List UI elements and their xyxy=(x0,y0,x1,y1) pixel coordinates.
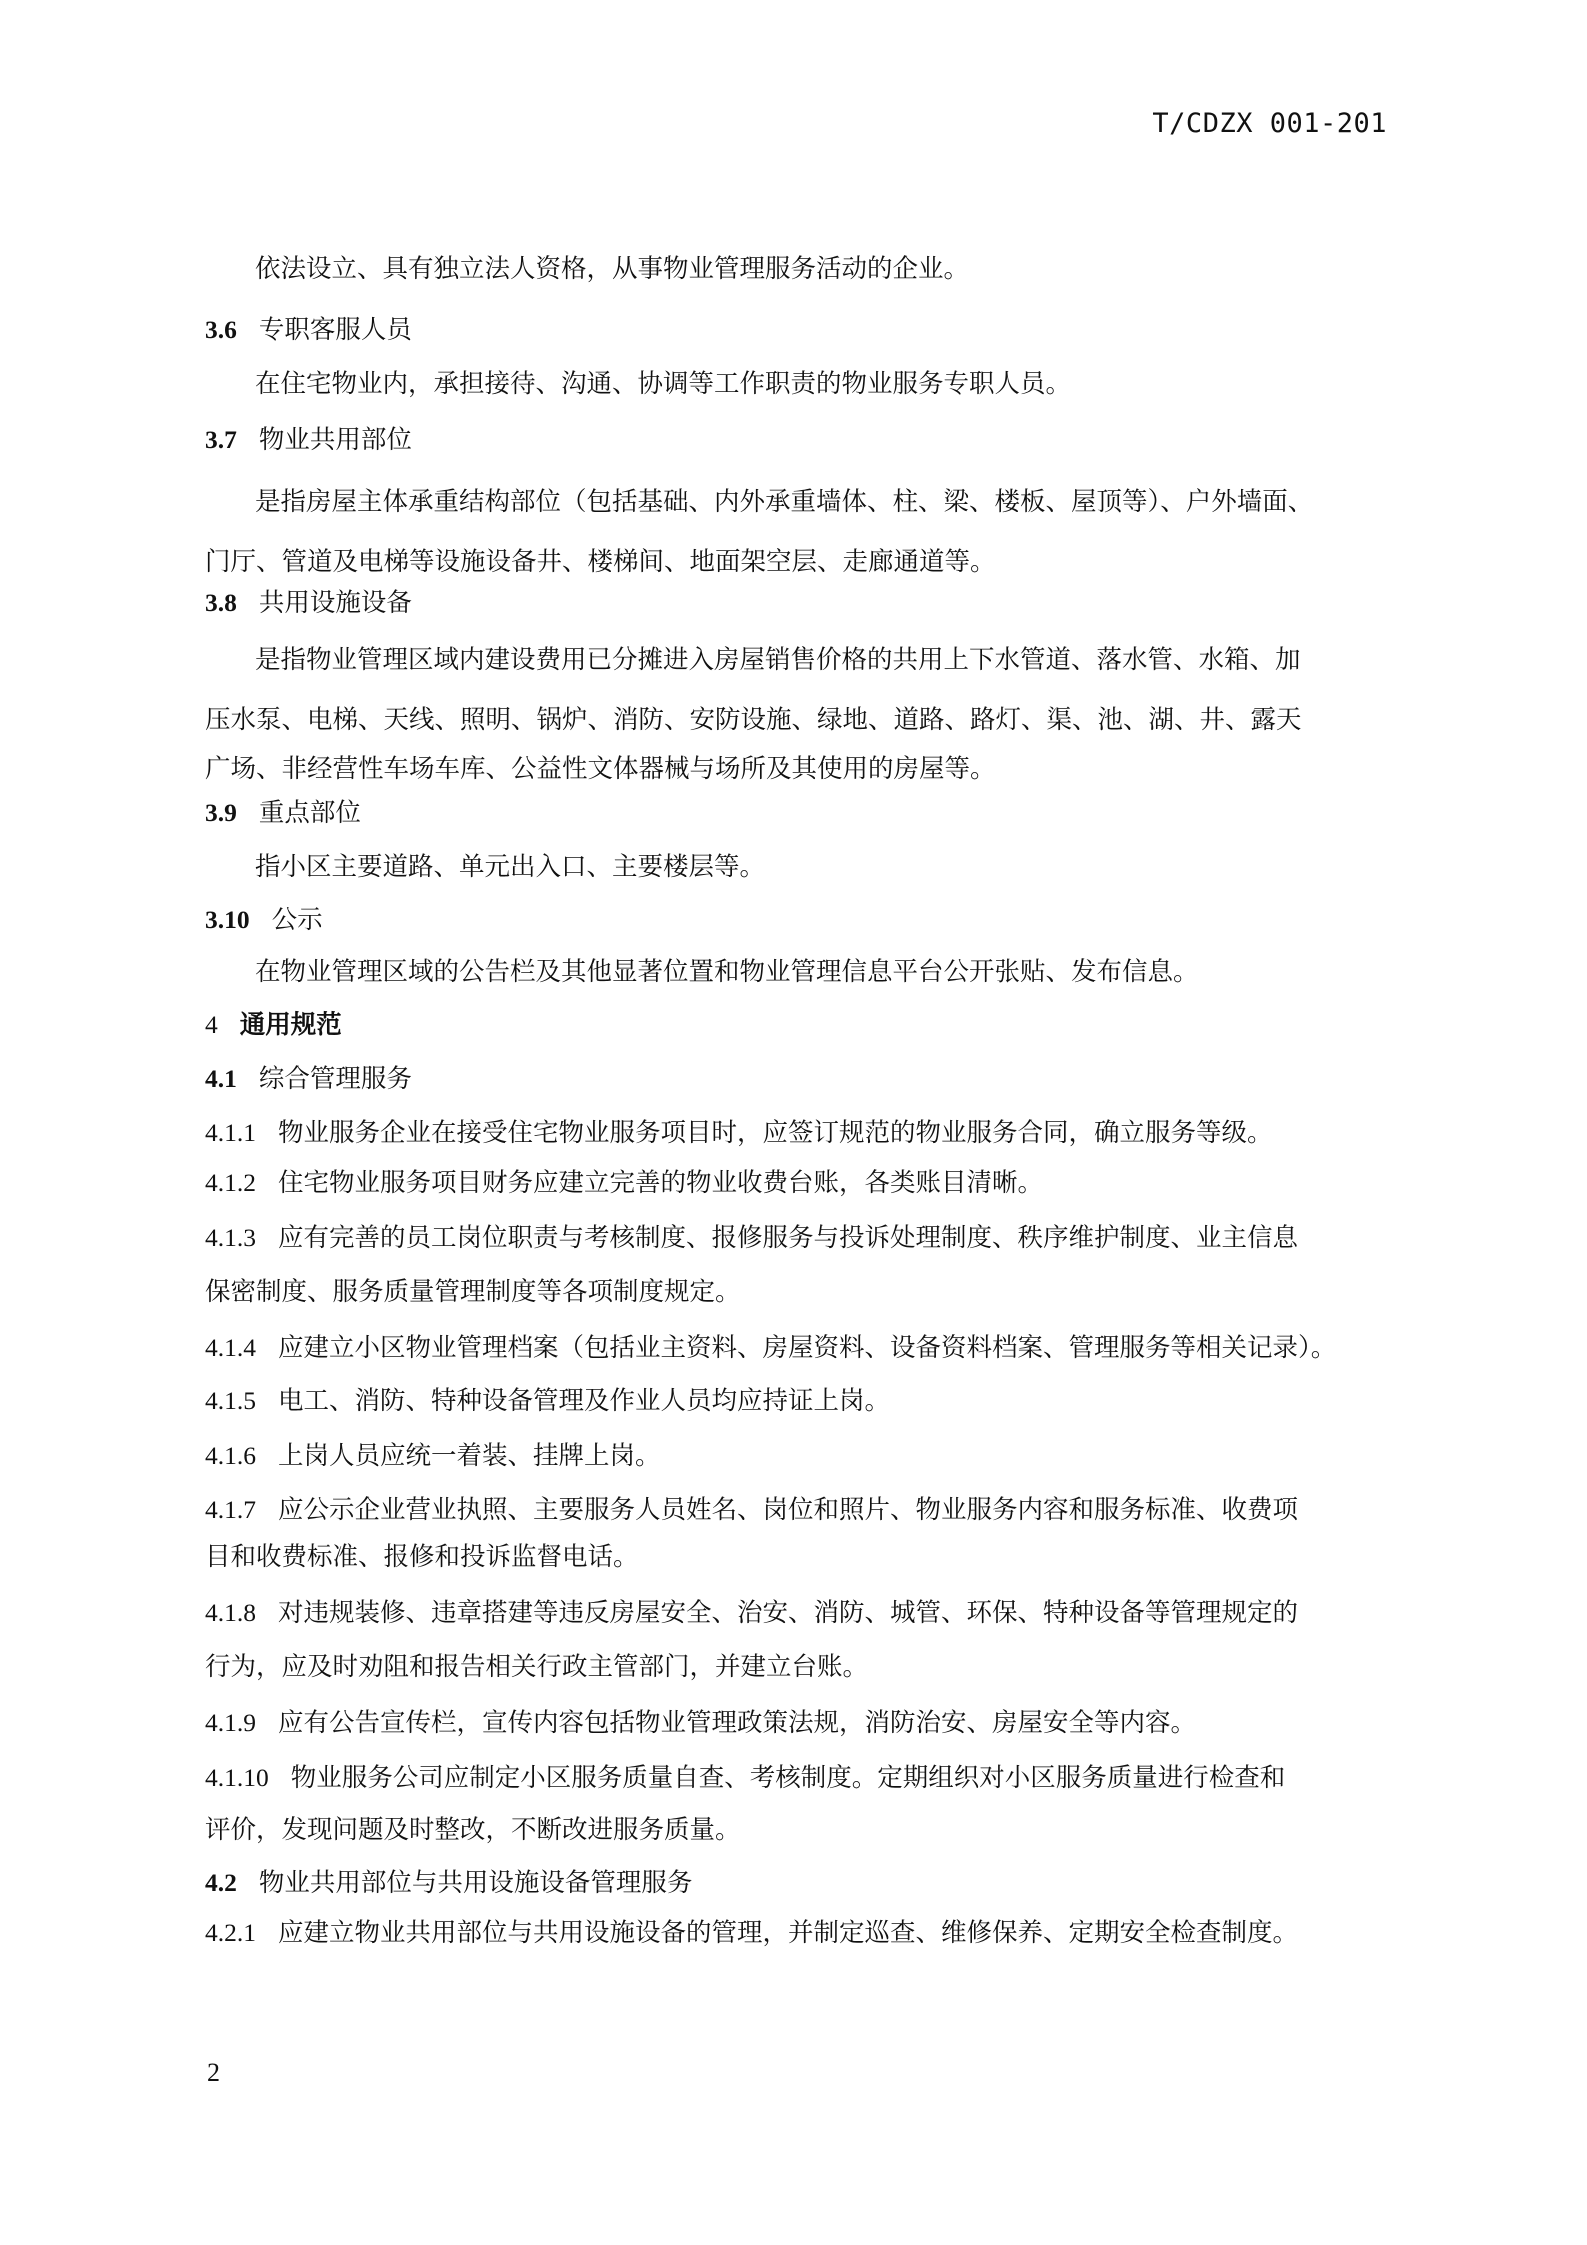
clause-number: 4.1.5 xyxy=(205,1388,256,1414)
clause-text: 住宅物业服务项目财务应建立完善的物业收费台账，各类账目清晰。 xyxy=(278,1168,1043,1198)
clause-text: 物业服务企业在接受住宅物业服务项目时，应签订规范的物业服务合同，确立服务等级。 xyxy=(278,1118,1273,1148)
section-title: 综合管理服务 xyxy=(259,1064,412,1094)
section-title: 共用设施设备 xyxy=(259,588,412,618)
line-text: 评价，发现问题及时整改，不断改进服务质量。 xyxy=(205,1815,741,1845)
section-number: 3.7 xyxy=(205,427,237,453)
clause-text: 应有完善的员工岗位职责与考核制度、报修服务与投诉处理制度、秩序维护制度、业主信息 xyxy=(278,1223,1298,1253)
clause: 4.1.2住宅物业服务项目财务应建立完善的物业收费台账，各类账目清晰。 xyxy=(205,1170,1043,1197)
section-number: 3.9 xyxy=(205,800,237,826)
clause: 4.1.3应有完善的员工岗位职责与考核制度、报修服务与投诉处理制度、秩序维护制度… xyxy=(205,1225,1298,1252)
clause-text: 应公示企业营业执照、主要服务人员姓名、岗位和照片、物业服务内容和服务标准、收费项 xyxy=(278,1495,1298,1525)
clause: 4.1.10物业服务公司应制定小区服务质量自查、考核制度。定期组织对小区服务质量… xyxy=(205,1765,1285,1792)
clause-number: 4.2.1 xyxy=(205,1920,256,1946)
clause: 4.1.1物业服务企业在接受住宅物业服务项目时，应签订规范的物业服务合同，确立服… xyxy=(205,1120,1273,1147)
line-text: 目和收费标准、报修和投诉监督电话。 xyxy=(205,1542,639,1572)
line-text: 行为，应及时劝阻和报告相关行政主管部门，并建立台账。 xyxy=(205,1652,868,1682)
clause-number: 4.1.4 xyxy=(205,1335,256,1361)
clause-number: 4.1.10 xyxy=(205,1765,269,1791)
line-text: 依法设立、具有独立法人资格，从事物业管理服务活动的企业。 xyxy=(255,254,969,284)
clause: 4.1.5电工、消防、特种设备管理及作业人员均应持证上岗。 xyxy=(205,1388,890,1415)
line-text: 是指房屋主体承重结构部位（包括基础、内外承重墙体、柱、梁、楼板、屋顶等）、户外墙… xyxy=(255,487,1313,517)
clause-number: 4.1.1 xyxy=(205,1120,256,1146)
page-number: 2 xyxy=(207,2058,220,2088)
line-text: 保密制度、服务质量管理制度等各项制度规定。 xyxy=(205,1277,741,1307)
section-title: 专职客服人员 xyxy=(259,315,412,345)
clause-number: 4.1.8 xyxy=(205,1600,256,1626)
clause: 4.1.4应建立小区物业管理档案（包括业主资料、房屋资料、设备资料档案、管理服务… xyxy=(205,1335,1336,1362)
definition-paragraph: 指小区主要道路、单元出入口、主要楼层等。 xyxy=(255,855,765,881)
paragraph-continuation: 广场、非经营性车场车库、公益性文体器械与场所及其使用的房屋等。 xyxy=(205,757,996,783)
chapter-heading: 4通用规范 xyxy=(205,1012,342,1039)
clause: 4.1.7应公示企业营业执照、主要服务人员姓名、岗位和照片、物业服务内容和服务标… xyxy=(205,1497,1298,1524)
section-heading: 3.10公示 xyxy=(205,907,323,934)
line-text: 指小区主要道路、单元出入口、主要楼层等。 xyxy=(255,852,765,882)
line-text: 压水泵、电梯、天线、照明、锅炉、消防、安防设施、绿地、道路、路灯、渠、池、湖、井… xyxy=(205,705,1302,735)
clause-number: 4.1.7 xyxy=(205,1497,256,1523)
paragraph-continuation: 压水泵、电梯、天线、照明、锅炉、消防、安防设施、绿地、道路、路灯、渠、池、湖、井… xyxy=(205,708,1302,734)
clause-text: 上岗人员应统一着装、挂牌上岗。 xyxy=(278,1441,661,1471)
definition-paragraph: 是指物业管理区域内建设费用已分摊进入房屋销售价格的共用上下水管道、落水管、水箱、… xyxy=(255,648,1301,674)
clause: 4.1.8对违规装修、违章搭建等违反房屋安全、治安、消防、城管、环保、特种设备等… xyxy=(205,1600,1298,1627)
section-number: 3.10 xyxy=(205,907,250,933)
section-title: 物业共用部位与共用设施设备管理服务 xyxy=(259,1868,693,1898)
clause-number: 4.1.9 xyxy=(205,1710,256,1736)
section-number: 4.1 xyxy=(205,1066,237,1092)
section-heading: 4.2物业共用部位与共用设施设备管理服务 xyxy=(205,1870,692,1897)
line-text: 在物业管理区域的公告栏及其他显著位置和物业管理信息平台公开张贴、发布信息。 xyxy=(255,957,1199,987)
section-heading: 4.1综合管理服务 xyxy=(205,1066,412,1093)
clause: 4.1.6上岗人员应统一着装、挂牌上岗。 xyxy=(205,1443,661,1470)
section-title: 重点部位 xyxy=(259,798,361,828)
clause-text: 应有公告宣传栏，宣传内容包括物业管理政策法规，消防治安、房屋安全等内容。 xyxy=(278,1708,1196,1738)
clause-number: 4.1.6 xyxy=(205,1443,256,1469)
definition-paragraph: 在物业管理区域的公告栏及其他显著位置和物业管理信息平台公开张贴、发布信息。 xyxy=(255,960,1199,986)
clause-continuation: 保密制度、服务质量管理制度等各项制度规定。 xyxy=(205,1280,741,1306)
line-text: 是指物业管理区域内建设费用已分摊进入房屋销售价格的共用上下水管道、落水管、水箱、… xyxy=(255,645,1301,675)
document-code-header: T/CDZX 001-201 xyxy=(1152,108,1387,139)
clause-continuation: 评价，发现问题及时整改，不断改进服务质量。 xyxy=(205,1818,741,1844)
section-number: 4.2 xyxy=(205,1870,237,1896)
section-title: 物业共用部位 xyxy=(259,425,412,455)
line-text: 广场、非经营性车场车库、公益性文体器械与场所及其使用的房屋等。 xyxy=(205,754,996,784)
section-heading: 3.8共用设施设备 xyxy=(205,590,412,617)
chapter-number: 4 xyxy=(205,1012,218,1038)
section-number: 3.8 xyxy=(205,590,237,616)
line-text: 门厅、管道及电梯等设施设备井、楼梯间、地面架空层、走廊通道等。 xyxy=(205,547,996,577)
section-heading: 3.6专职客服人员 xyxy=(205,317,412,344)
clause-number: 4.1.3 xyxy=(205,1225,256,1251)
clause-continuation: 行为，应及时劝阻和报告相关行政主管部门，并建立台账。 xyxy=(205,1655,868,1681)
line-text: 在住宅物业内，承担接待、沟通、协调等工作职责的物业服务专职人员。 xyxy=(255,369,1071,399)
section-number: 3.6 xyxy=(205,317,237,343)
clause: 4.2.1应建立物业共用部位与共用设施设备的管理，并制定巡查、维修保养、定期安全… xyxy=(205,1920,1298,1947)
clause-number: 4.1.2 xyxy=(205,1170,256,1196)
section-heading: 3.7物业共用部位 xyxy=(205,427,412,454)
section-title: 公示 xyxy=(272,905,323,935)
clause-text: 应建立物业共用部位与共用设施设备的管理，并制定巡查、维修保养、定期安全检查制度。 xyxy=(278,1918,1298,1948)
clause-continuation: 目和收费标准、报修和投诉监督电话。 xyxy=(205,1545,639,1571)
definition-paragraph: 是指房屋主体承重结构部位（包括基础、内外承重墙体、柱、梁、楼板、屋顶等）、户外墙… xyxy=(255,490,1313,516)
clause-text: 物业服务公司应制定小区服务质量自查、考核制度。定期组织对小区服务质量进行检查和 xyxy=(291,1763,1286,1793)
paragraph-continuation: 依法设立、具有独立法人资格，从事物业管理服务活动的企业。 xyxy=(255,257,969,283)
paragraph-continuation: 门厅、管道及电梯等设施设备井、楼梯间、地面架空层、走廊通道等。 xyxy=(205,550,996,576)
clause-text: 对违规装修、违章搭建等违反房屋安全、治安、消防、城管、环保、特种设备等管理规定的 xyxy=(278,1598,1298,1628)
section-heading: 3.9重点部位 xyxy=(205,800,361,827)
chapter-title: 通用规范 xyxy=(240,1010,342,1040)
clause: 4.1.9应有公告宣传栏，宣传内容包括物业管理政策法规，消防治安、房屋安全等内容… xyxy=(205,1710,1196,1737)
clause-text: 电工、消防、特种设备管理及作业人员均应持证上岗。 xyxy=(278,1386,890,1416)
definition-paragraph: 在住宅物业内，承担接待、沟通、协调等工作职责的物业服务专职人员。 xyxy=(255,372,1071,398)
clause-text: 应建立小区物业管理档案（包括业主资料、房屋资料、设备资料档案、管理服务等相关记录… xyxy=(278,1333,1336,1363)
